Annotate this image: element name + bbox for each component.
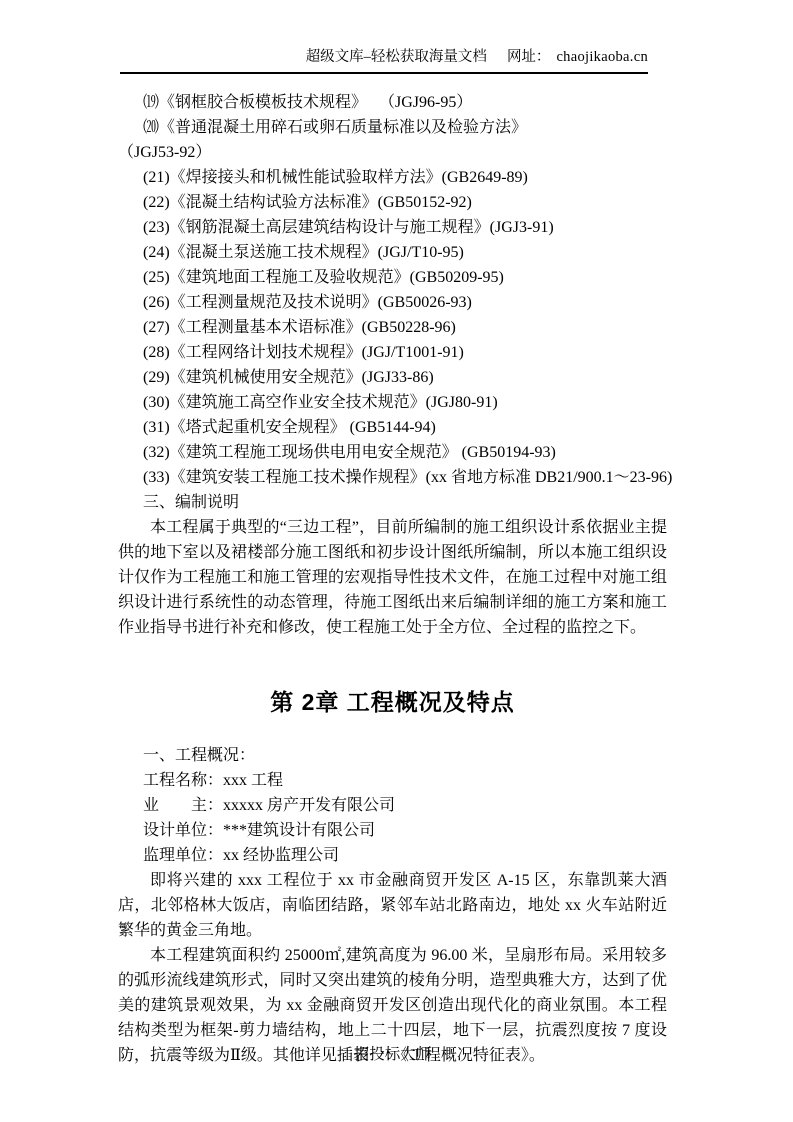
section-heading-compilation-notes: 三、编制说明 [118, 490, 667, 515]
reference-item: (26)《工程测量规范及技术说明》(GB50026-93) [118, 290, 667, 315]
location-paragraph: 即将兴建的 xxx 工程位于 xx 市金融商贸开发区 A-15 区，东靠凯莱大酒… [118, 868, 667, 943]
header-site-tagline: 超级文库–轻松获取海量文档 [306, 49, 487, 65]
document-page: 超级文库–轻松获取海量文档网址：chaojikaoba.cn ⒆《钢框胶合板模板… [0, 0, 793, 1122]
reference-item: (31)《塔式起重机安全规程》 (GB5144-94) [118, 415, 667, 440]
project-info-line: 工程名称：xxx 工程 [118, 768, 667, 793]
header-url-label: 网址： [507, 49, 551, 65]
reference-item: (29)《建筑机械使用安全规范》(JGJ33-86) [118, 365, 667, 390]
reference-item: (23)《钢筋混凝土高层建筑结构设计与施工规程》(JGJ3-91) [118, 215, 667, 240]
reference-item: (25)《建筑地面工程施工及验收规范》(GB50209-95) [118, 265, 667, 290]
project-info-line: 监理单位：xx 经协监理公司 [118, 843, 667, 868]
page-header: 超级文库–轻松获取海量文档网址：chaojikaoba.cn [120, 48, 648, 74]
chapter-title: 第 2章 工程概况及特点 [118, 684, 667, 717]
reference-item: ⒆《钢框胶合板模板技术规程》 （JGJ96-95） [118, 90, 667, 115]
reference-item: (22)《混凝土结构试验方法标准》(GB50152-92) [118, 190, 667, 215]
reference-item: (30)《建筑施工高空作业安全技术规范》(JGJ80-91) [118, 390, 667, 415]
reference-list: ⒆《钢框胶合板模板技术规程》 （JGJ96-95） ⒇《普通混凝土用碎石或卵石质… [118, 90, 667, 490]
reference-item: (21)《焊接接头和机械性能试验取样方法》(GB2649-89) [118, 165, 667, 190]
reference-item: (32)《建筑工程施工现场供电用电安全规范》 (GB50194-93) [118, 440, 667, 465]
reference-item: (27)《工程测量基本术语标准》(GB50228-96) [118, 315, 667, 340]
project-overview-block: 一、工程概况： 工程名称：xxx 工程 业 主：xxxxx 房产开发有限公司 设… [118, 743, 667, 868]
overview-heading: 一、工程概况： [118, 743, 667, 768]
project-info-line: 设计单位：***建筑设计有限公司 [118, 818, 667, 843]
project-info-line: 业 主：xxxxx 房产开发有限公司 [118, 793, 667, 818]
reference-item: ⒇《普通混凝土用碎石或卵石质量标准以及检验方法》 [118, 115, 667, 140]
header-site-url: chaojikaoba.cn [556, 49, 648, 65]
reference-item: (24)《混凝土泵送施工技术规程》(JGJ/T10-95) [118, 240, 667, 265]
page-footer: 招投标大师 [118, 1042, 667, 1064]
reference-item: (28)《工程网络计划技术规程》(JGJ/T1001-91) [118, 340, 667, 365]
reference-item: (33)《建筑安装工程施工技术操作规程》(xx 省地方标准 DB21/900.1… [118, 465, 667, 490]
document-body: ⒆《钢框胶合板模板技术规程》 （JGJ96-95） ⒇《普通混凝土用碎石或卵石质… [118, 90, 667, 1068]
compilation-notes-paragraph: 本工程属于典型的“三边工程”，目前所编制的施工组织设计系依据业主提供的地下室以及… [118, 515, 667, 640]
reference-item-continuation: （JGJ53-92） [118, 140, 667, 165]
